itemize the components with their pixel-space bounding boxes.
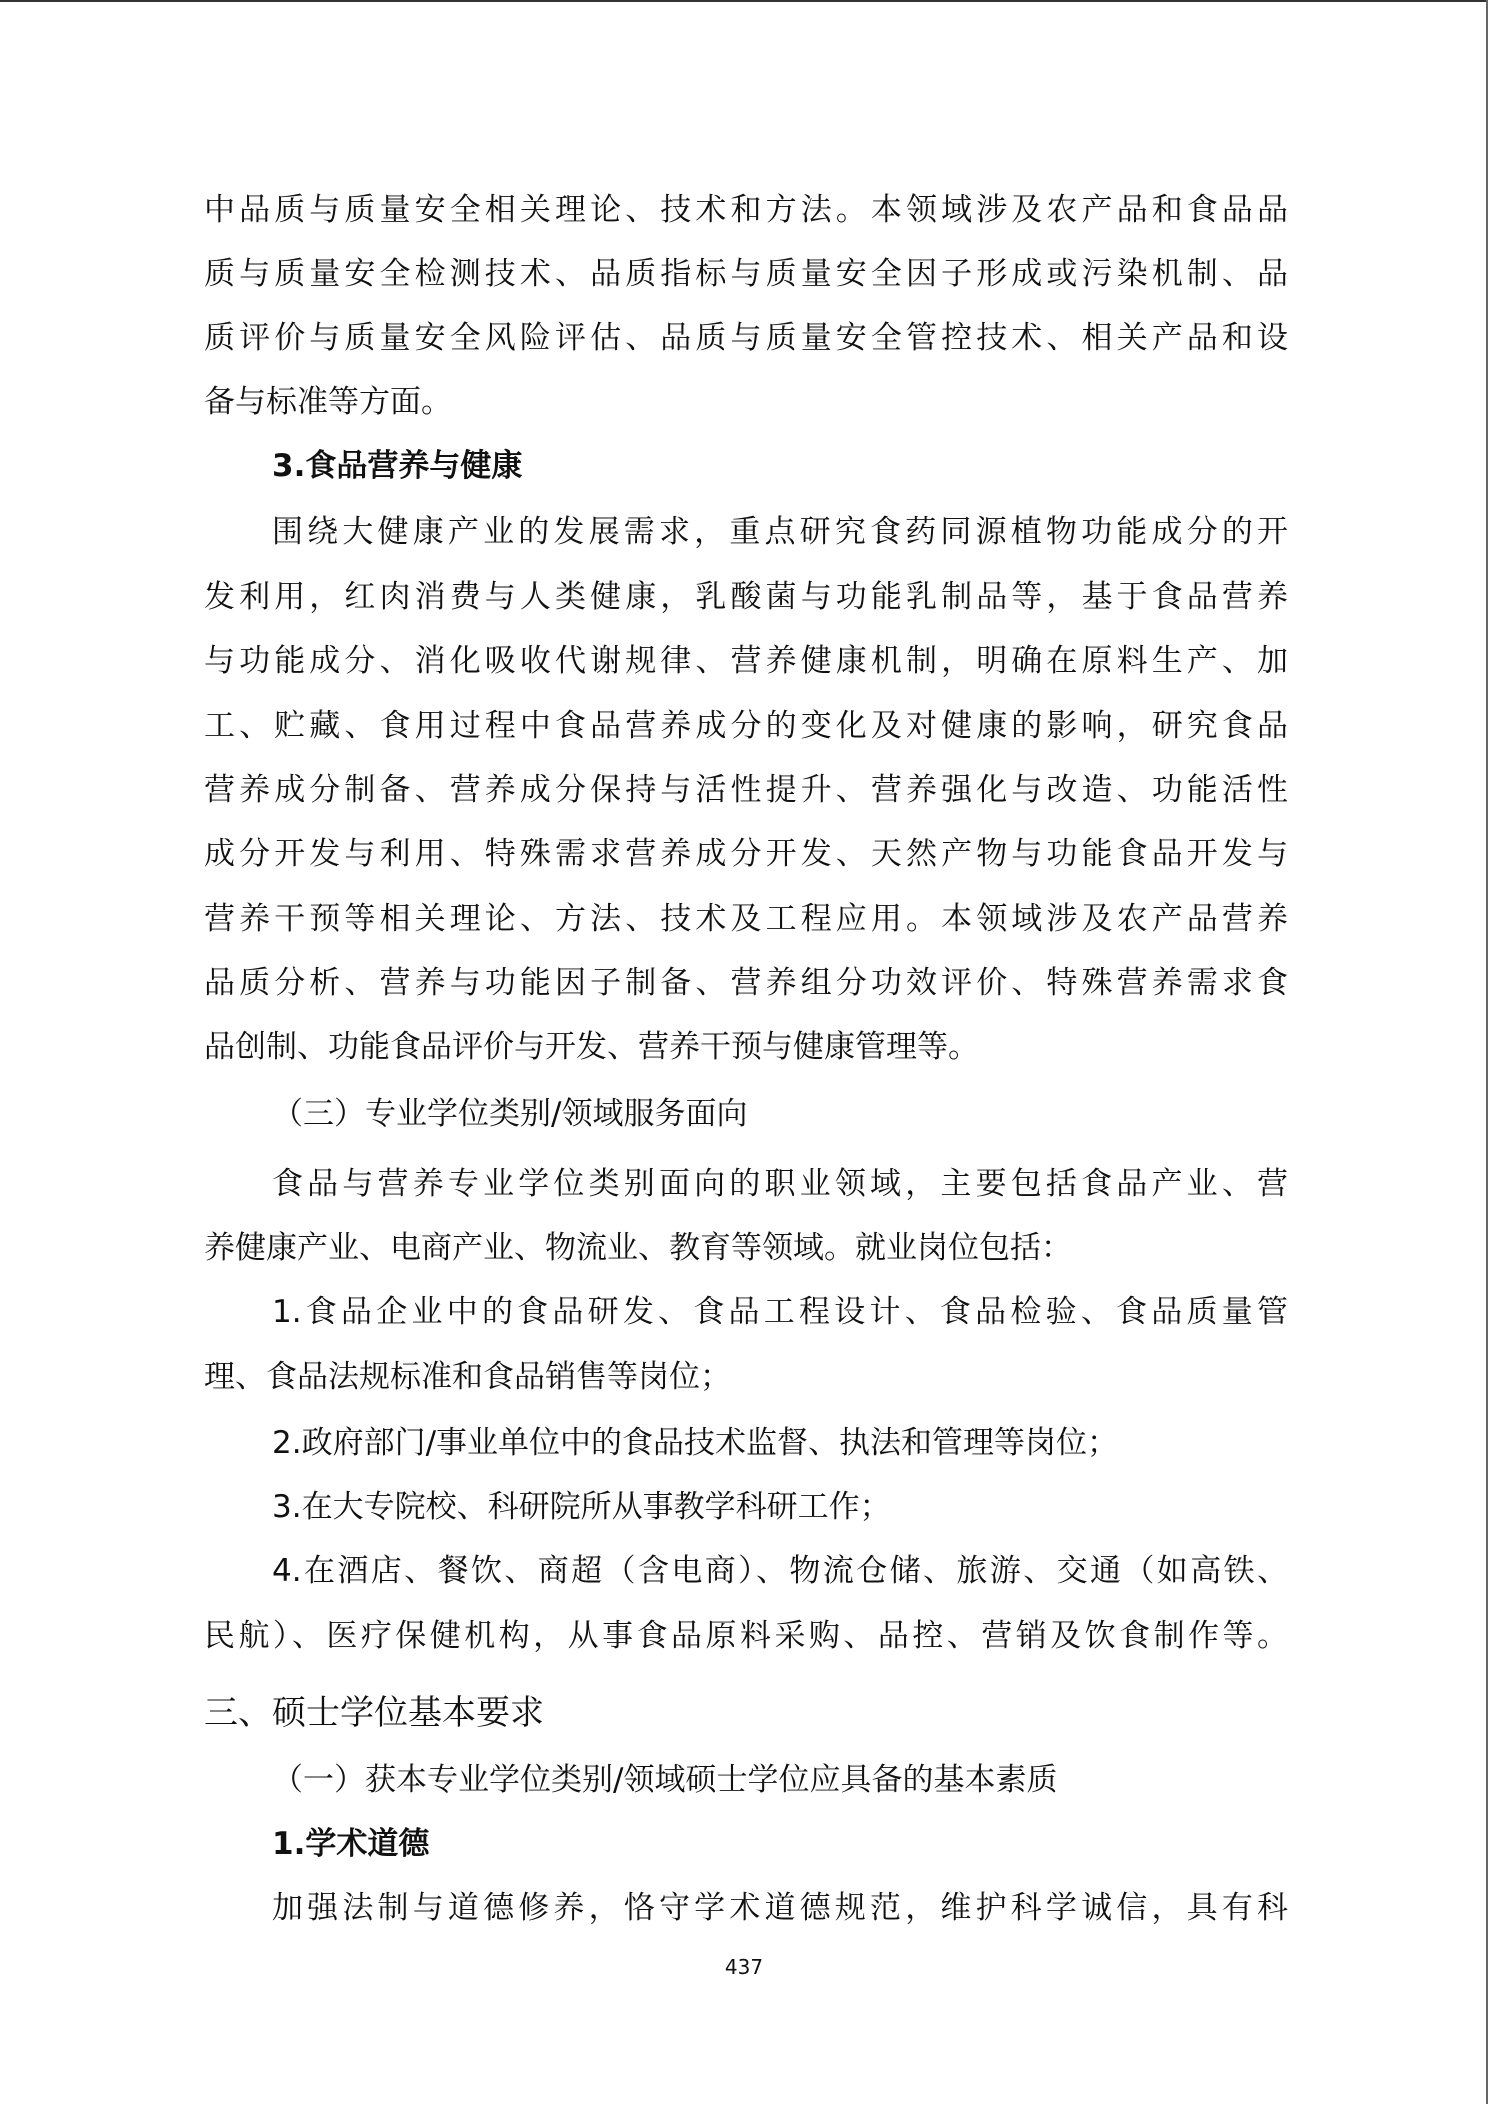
paragraph-line: 发利用，红肉消费与人类健康，乳酸菌与功能乳制品等，基于食品营养 <box>204 577 1288 617</box>
section-heading-1: 1.学术道德 <box>272 1824 1356 1864</box>
list-item-line: 4.在酒店、餐饮、商超（含电商）、物流仓储、旅游、交通（如高铁、 <box>272 1551 1288 1591</box>
paragraph-line: 与功能成分、消化吸收代谢规律、营养健康机制，明确在原料生产、加 <box>204 641 1288 681</box>
paragraph-line: 加强法制与道德修养，恪守学术道德规范，维护科学诚信，具有科 <box>272 1888 1288 1928</box>
paragraph-line: 品创制、功能食品评价与开发、营养干预与健康管理等。 <box>204 1027 1288 1067</box>
paragraph-line: 围绕大健康产业的发展需求，重点研究食药同源植物功能成分的开 <box>272 512 1288 552</box>
paragraph-line: 养健康产业、电商产业、物流业、教育等领域。就业岗位包括： <box>204 1228 1288 1268</box>
chapter-heading: 三、硕士学位基本要求 <box>204 1693 1288 1733</box>
section-heading-3: 3.食品营养与健康 <box>272 446 1356 486</box>
paragraph-line: 备与标准等方面。 <box>204 382 1288 422</box>
paragraph-line: 营养成分制备、营养成分保持与活性提升、营养强化与改造、功能活性 <box>204 770 1288 810</box>
paragraph-line: 质评价与质量安全风险评估、品质与质量安全管控技术、相关产品和设 <box>204 318 1288 358</box>
page-border-top <box>0 0 1488 2</box>
list-item-line: 1.食品企业中的食品研发、食品工程设计、食品检验、食品质量管 <box>272 1292 1288 1332</box>
paragraph-line: 营养干预等相关理论、方法、技术及工程应用。本领域涉及农产品营养 <box>204 899 1288 939</box>
paragraph-line: 成分开发与利用、特殊需求营养成分开发、天然产物与功能食品开发与 <box>204 834 1288 874</box>
paragraph-line: 食品与营养专业学位类别面向的职业领域，主要包括食品产业、营 <box>272 1164 1288 1204</box>
subsection-heading: （三）专业学位类别/领域服务面向 <box>272 1094 1356 1134</box>
list-item-line: 2.政府部门/事业单位中的食品技术监督、执法和管理等岗位； <box>272 1423 1356 1463</box>
subsection-heading: （一）获本专业学位类别/领域硕士学位应具备的基本素质 <box>272 1760 1356 1800</box>
list-item-line: 理、食品法规标准和食品销售等岗位； <box>204 1357 1288 1397</box>
paragraph-line: 质与质量安全检测技术、品质指标与质量安全因子形成或污染机制、品 <box>204 254 1288 294</box>
paragraph-line: 品质分析、营养与功能因子制备、营养组分功效评价、特殊营养需求食 <box>204 963 1288 1003</box>
paragraph-line: 工、贮藏、食用过程中食品营养成分的变化及对健康的影响，研究食品 <box>204 706 1288 746</box>
paragraph-line: 中品质与质量安全相关理论、技术和方法。本领域涉及农产品和食品品 <box>204 190 1288 230</box>
page-number: 437 <box>0 1955 1488 1979</box>
list-item-line: 3.在大专院校、科研院所从事教学科研工作； <box>272 1487 1356 1527</box>
list-item-line: 民航）、医疗保健机构，从事食品原料采购、品控、营销及饮食制作等。 <box>204 1616 1288 1656</box>
